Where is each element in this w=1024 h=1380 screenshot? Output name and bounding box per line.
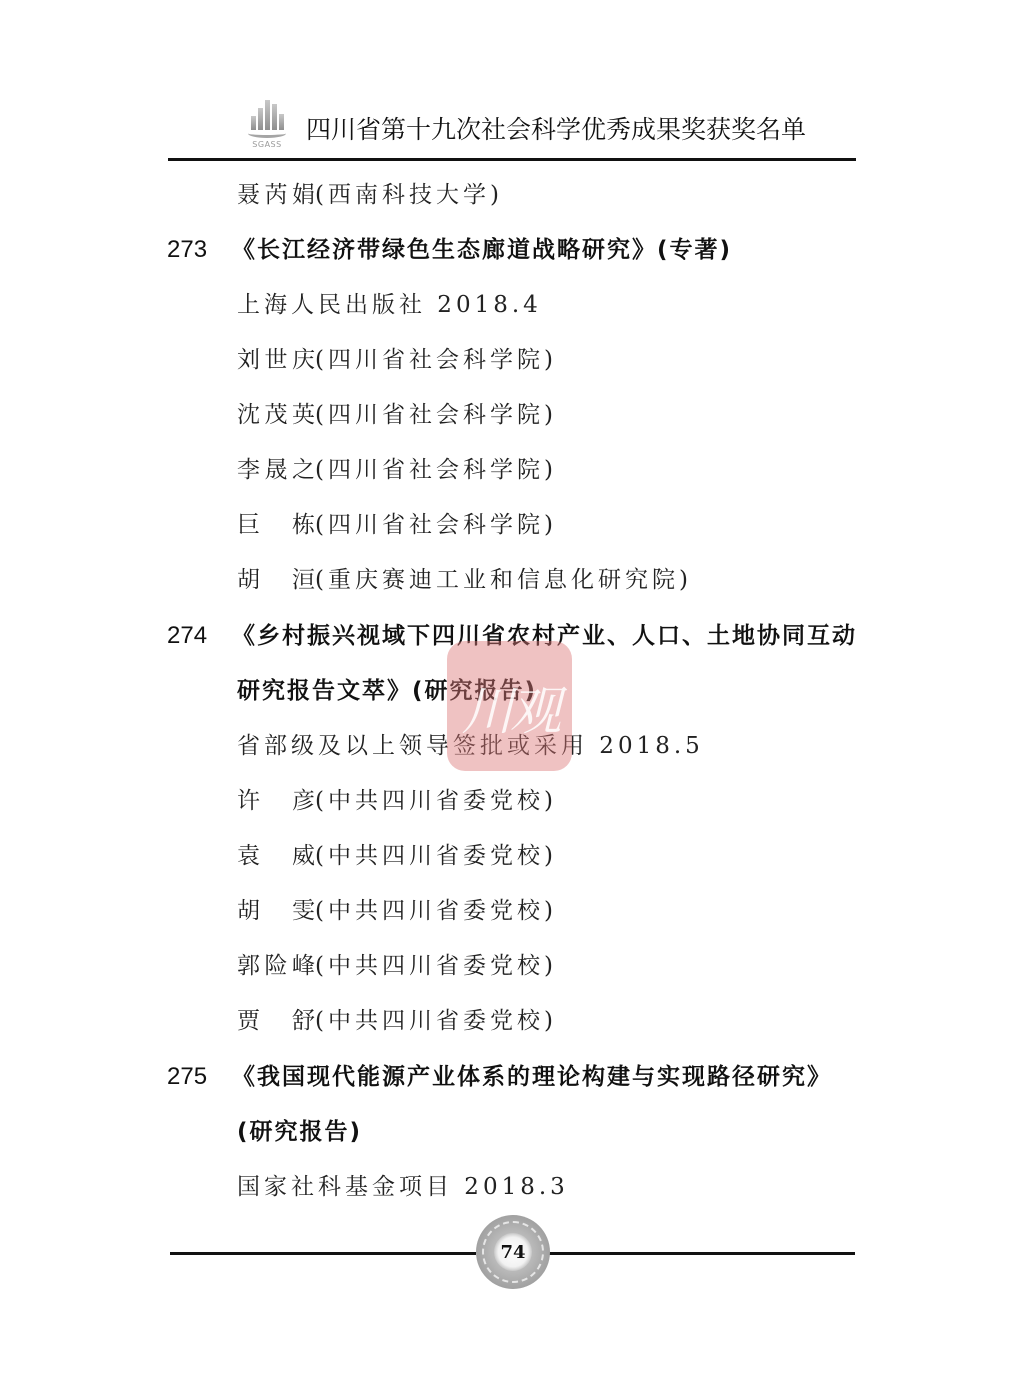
author-line: 郭险峰(中共四川省委党校) — [237, 951, 557, 981]
author-name: 郭险峰 — [237, 951, 315, 981]
author-affiliation: (中共四川省委党校) — [315, 1008, 557, 1034]
author-name: 许 彦 — [237, 786, 315, 816]
entry-source: 上海人民出版社 2018.4 — [237, 290, 542, 320]
author-name: 袁 威 — [237, 841, 315, 871]
author-name: 胡 洹 — [237, 565, 315, 595]
page-number: 74 — [500, 1242, 525, 1263]
author-affiliation: (中共四川省委党校) — [315, 843, 557, 869]
author-name: 聂芮娟 — [237, 180, 315, 210]
building-icon — [250, 100, 284, 130]
running-header-title: 四川省第十九次社会科学优秀成果奖获奖名单 — [306, 110, 806, 146]
author-name: 刘世庆 — [237, 345, 315, 375]
header-divider — [168, 158, 856, 161]
author-line: 李晟之(四川省社会科学院) — [237, 455, 557, 485]
entry-number: 274 — [167, 621, 207, 651]
author-line: 贾 舒(中共四川省委党校) — [237, 1006, 557, 1036]
author-affiliation: (四川省社会科学院) — [315, 402, 557, 428]
author-line: 袁 威(中共四川省委党校) — [237, 841, 557, 871]
author-line: 沈茂英(四川省社会科学院) — [237, 400, 557, 430]
author-line: 巨 栋(四川省社会科学院) — [237, 510, 557, 540]
sgass-logo: SGASS — [244, 100, 290, 152]
author-name: 沈茂英 — [237, 400, 315, 430]
watermark-text: 川观 — [461, 669, 557, 744]
footer-divider-left — [170, 1252, 476, 1255]
author-affiliation: (中共四川省委党校) — [315, 953, 557, 979]
author-affiliation: (中共四川省委党校) — [315, 788, 557, 814]
entry-title-continued: (研究报告) — [237, 1117, 362, 1147]
author-line: 胡 洹(重庆赛迪工业和信息化研究院) — [237, 565, 692, 595]
author-affiliation: (中共四川省委党校) — [315, 898, 557, 924]
entry-number: 275 — [167, 1062, 207, 1092]
entry-title: 《我国现代能源产业体系的理论构建与实现路径研究》 — [232, 1062, 832, 1092]
book-icon — [248, 129, 286, 138]
entry-source: 国家社科基金项目 2018.3 — [237, 1172, 569, 1202]
author-name: 巨 栋 — [237, 510, 315, 540]
author-affiliation: (重庆赛迪工业和信息化研究院) — [315, 567, 692, 593]
entry-title: 《长江经济带绿色生态廊道战略研究》(专著) — [232, 235, 732, 265]
author-affiliation: (四川省社会科学院) — [315, 347, 557, 373]
page-header: SGASS 四川省第十九次社会科学优秀成果奖获奖名单 — [0, 0, 1024, 170]
logo-text: SGASS — [244, 140, 290, 149]
entry-number: 273 — [167, 235, 207, 265]
author-line: 聂芮娟(西南科技大学) — [237, 180, 503, 210]
watermark-badge: 川观 — [447, 641, 572, 771]
author-affiliation: (四川省社会科学院) — [315, 512, 557, 538]
author-name: 贾 舒 — [237, 1006, 315, 1036]
author-line: 刘世庆(四川省社会科学院) — [237, 345, 557, 375]
author-affiliation: (西南科技大学) — [315, 182, 503, 208]
author-affiliation: (四川省社会科学院) — [315, 457, 557, 483]
page-number-badge: 74 — [476, 1215, 550, 1289]
footer-divider-right — [549, 1252, 855, 1255]
author-line: 许 彦(中共四川省委党校) — [237, 786, 557, 816]
author-name: 胡 雯 — [237, 896, 315, 926]
author-line: 胡 雯(中共四川省委党校) — [237, 896, 557, 926]
author-name: 李晟之 — [237, 455, 315, 485]
